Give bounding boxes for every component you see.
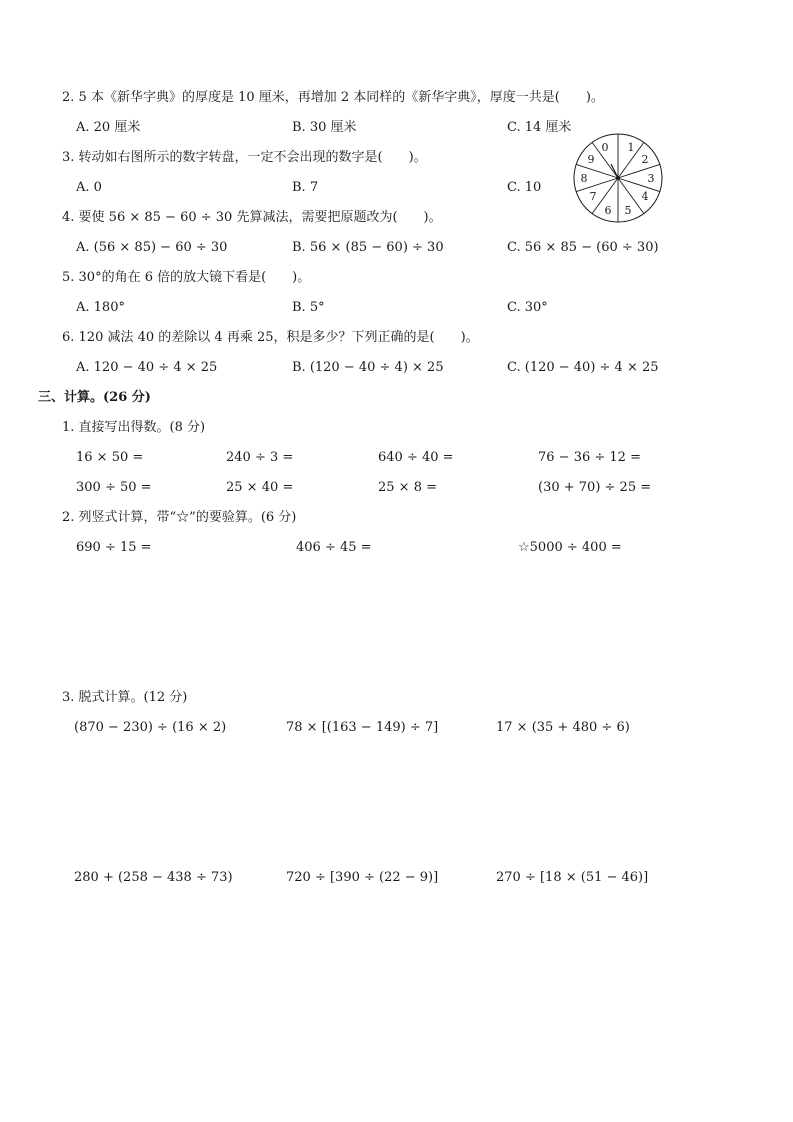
stepwise-calc-item: 720 ÷ [390 ÷ (22 − 9)] [286,870,438,886]
question-2-option-b[interactable]: B. 30 厘米 [292,120,357,136]
question-4-option-a[interactable]: A. (56 × 85) − 60 ÷ 30 [76,240,227,256]
question-2-option-a[interactable]: A. 20 厘米 [76,120,140,136]
question-6-option-b[interactable]: B. (120 − 40 ÷ 4) × 25 [292,360,444,376]
oral-calc-item: 640 ÷ 40 = [378,450,454,466]
question-6-stem: 6. 120 减法 40 的差除以 4 再乘 25，积是多少？下列正确的是( )… [62,330,479,346]
svg-text:7: 7 [590,190,597,203]
svg-text:0: 0 [602,141,609,154]
question-6-option-a[interactable]: A. 120 − 40 ÷ 4 × 25 [76,360,217,376]
stepwise-calc-item: 78 × [(163 − 149) ÷ 7] [286,720,438,736]
question-4-stem: 4. 要使 56 × 85 − 60 ÷ 30 先算减法，需要把原题改为( )。 [62,210,442,226]
oral-calc-item: (30 + 70) ÷ 25 = [538,480,651,496]
oral-calc-item: 300 ÷ 50 = [76,480,152,496]
question-5-option-a[interactable]: A. 180° [76,300,125,316]
stepwise-calc-item: 280 + (258 − 438 ÷ 73) [74,870,233,886]
svg-text:4: 4 [642,190,649,203]
oral-calc-item: 25 × 8 = [378,480,437,496]
section-3-heading: 三、计算。(26 分) [38,390,151,406]
question-2-stem: 2. 5 本《新华字典》的厚度是 10 厘米，再增加 2 本同样的《新华字典》，… [62,90,604,106]
question-3-option-a[interactable]: A. 0 [76,180,102,196]
svg-text:8: 8 [581,172,588,185]
part-3-title: 3. 脱式计算。(12 分) [62,690,187,706]
oral-calc-item: 25 × 40 = [226,480,293,496]
svg-text:6: 6 [605,204,612,217]
vertical-calc-item: 406 ÷ 45 = [296,540,372,556]
question-2-option-c[interactable]: C. 14 厘米 [507,120,571,136]
question-6-option-c[interactable]: C. (120 − 40) ÷ 4 × 25 [507,360,659,376]
oral-calc-item: 16 × 50 = [76,450,143,466]
svg-text:2: 2 [642,153,649,166]
question-3-option-b[interactable]: B. 7 [292,180,318,196]
question-4-option-c[interactable]: C. 56 × 85 − (60 ÷ 30) [507,240,659,256]
vertical-calc-item-with-check: ☆5000 ÷ 400 = [518,540,622,556]
question-5-option-c[interactable]: C. 30° [507,300,548,316]
oral-calc-item: 76 − 36 ÷ 12 = [538,450,641,466]
question-3-option-c[interactable]: C. 10 [507,180,541,196]
question-4-option-b[interactable]: B. 56 × (85 − 60) ÷ 30 [292,240,444,256]
stepwise-calc-item: 270 ÷ [18 × (51 − 46)] [496,870,648,886]
number-spinner-figure: 0 1 2 3 4 5 6 7 8 9 [572,132,664,224]
question-3-stem: 3. 转动如右图所示的数字转盘，一定不会出现的数字是( )。 [62,150,427,166]
stepwise-calc-item: 17 × (35 + 480 ÷ 6) [496,720,630,736]
oral-calc-item: 240 ÷ 3 = [226,450,293,466]
question-5-option-b[interactable]: B. 5° [292,300,325,316]
svg-text:9: 9 [588,153,595,166]
part-1-title: 1. 直接写出得数。(8 分) [62,420,205,436]
svg-text:3: 3 [648,172,655,185]
svg-text:1: 1 [628,141,635,154]
svg-text:5: 5 [625,204,632,217]
stepwise-calc-item: (870 − 230) ÷ (16 × 2) [74,720,226,736]
vertical-calc-item: 690 ÷ 15 = [76,540,152,556]
part-2-title: 2. 列竖式计算，带“☆”的要验算。(6 分) [62,510,296,526]
question-5-stem: 5. 30°的角在 6 倍的放大镜下看是( )。 [62,270,310,286]
